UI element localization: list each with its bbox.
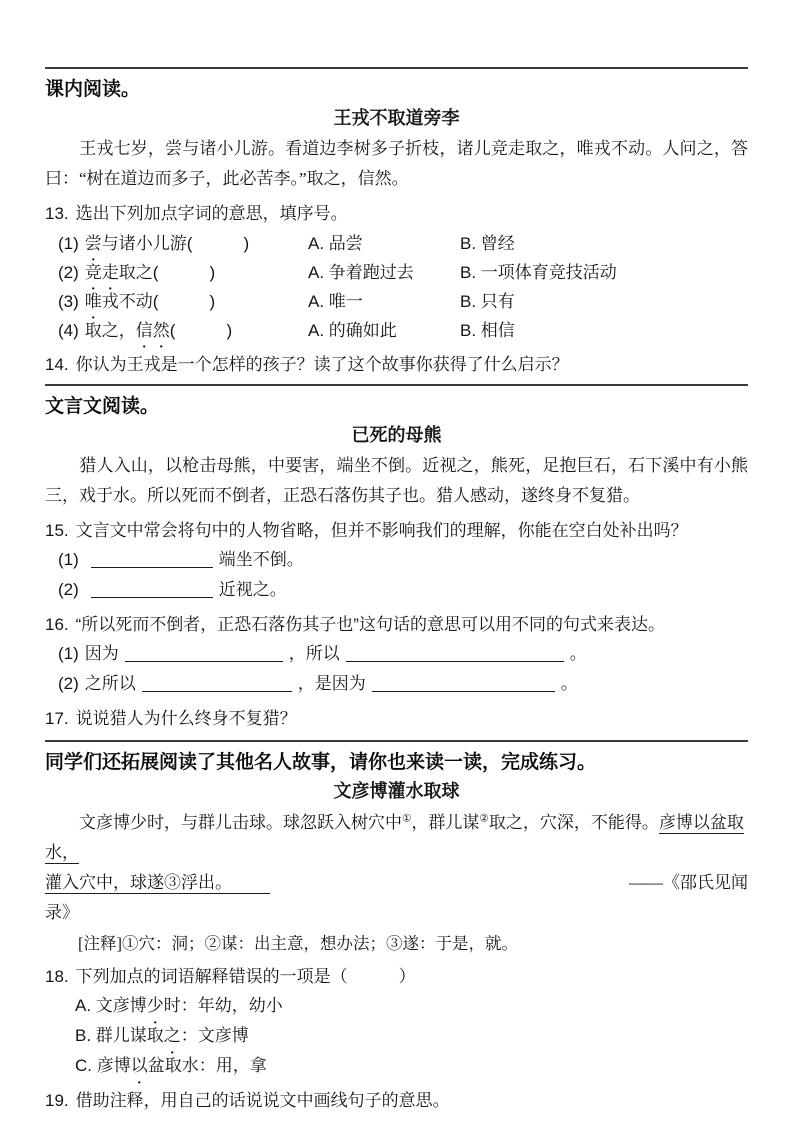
item-number: (4) xyxy=(58,321,79,340)
q13-match-items: (1)尝与诸小儿游( )A. 品尝B. 曾经(2)竞走取之( )A. 争着跑过去… xyxy=(58,229,748,345)
text-run: 文彦博少时，与群儿击球。球忽跃入树穴中 xyxy=(45,813,402,832)
choice-option: C. 彦博以盆取水：用，拿 xyxy=(75,1051,748,1081)
worksheet-page: 课内阅读。 王戎不取道旁李 王戎七岁，尝与诸小儿游。看道边李树多子折枝，诸儿竞走… xyxy=(0,0,793,1122)
item-number: (3) xyxy=(58,292,79,311)
question-17: 17.说说猎人为什么终身不复猎？ xyxy=(45,705,748,733)
note-ref: ① xyxy=(402,813,411,824)
emphasis-dotted-char: 走 xyxy=(102,258,119,287)
answer-blank xyxy=(372,673,555,692)
q15-fill-rows: (1)端坐不倒。(2)近视之。 xyxy=(58,545,748,605)
option-a: A. 的确如此 xyxy=(308,316,460,345)
passage-text: 王戎七岁，尝与诸小儿游。看道边李树多子折枝，诸儿竞走取之，唯戎不动。人问之，答曰… xyxy=(45,134,748,194)
question-18: 18.下列加点的词语解释错误的一项是（ ） xyxy=(45,963,748,991)
phrase-cell: (1)尝与诸小儿游( ) xyxy=(58,229,308,258)
question-prompt: “所以死而不倒者，正恐石落伤其子也”这句话的意思可以用不同的句式来表达。 xyxy=(76,615,665,634)
question-prompt: 文言文中常会将句中的人物省略，但并不影响我们的理解，你能在空白处补出吗？ xyxy=(76,521,688,540)
question-prompt: 你认为王戎是一个怎样的孩子？读了这个故事你获得了什么启示？ xyxy=(76,355,569,374)
question-number: 14. xyxy=(45,355,69,374)
emphasis-dotted-char: 然 xyxy=(153,316,170,345)
passage-line: 录》 xyxy=(45,898,748,928)
text-run: 戎不动 xyxy=(102,292,153,311)
section-divider xyxy=(45,740,748,742)
option-b: B. 只有 xyxy=(460,287,748,316)
text-run: 取之，穴深，不能得。 xyxy=(489,813,659,832)
text-run: 。 xyxy=(561,674,578,693)
underlined-text: 灌入穴中，球遂③浮出。 xyxy=(45,873,270,894)
answer-blank xyxy=(346,643,564,662)
section-divider-top xyxy=(45,67,748,69)
q18-choice-options: A. 文彦博少时：年幼，幼小B. 群儿谋取之：文彦博C. 彦博以盆取水：用，拿 xyxy=(75,991,748,1081)
question-number: 18. xyxy=(45,967,69,986)
phrase-cell: (2)竞走取之( ) xyxy=(58,258,308,287)
passage-line: 灌入穴中，球遂③浮出。——《邵氏见闻 xyxy=(45,868,748,898)
emphasis-dotted-char: 尝 xyxy=(85,229,102,258)
passage-line-text: 录》 xyxy=(45,898,79,928)
question-number: 16. xyxy=(45,615,69,634)
text-run: ，是因为 xyxy=(298,674,366,693)
match-item: (4)取之，信然( )A. 的确如此B. 相信 xyxy=(58,316,748,345)
text-run: 盆取水：用，拿 xyxy=(148,1056,267,1075)
section-in-class-reading: 课内阅读。 王戎不取道旁李 王戎七岁，尝与诸小儿游。看道边李树多子折枝，诸儿竞走… xyxy=(45,78,748,379)
question-16: 16.“所以死而不倒者，正恐石落伤其子也”这句话的意思可以用不同的句式来表达。 xyxy=(45,611,748,639)
fill-in-row: (1)因为，所以。 xyxy=(58,639,748,669)
phrase-cell: (4)取之，信然( ) xyxy=(58,316,308,345)
section-divider xyxy=(45,384,748,386)
fill-in-row: (2)之所以，是因为。 xyxy=(58,669,748,699)
text-run: 录》 xyxy=(45,903,79,922)
question-19: 19.借助注释，用自己的话说说文中画线句子的意思。 xyxy=(45,1087,748,1115)
worksheet-content: 课内阅读。 王戎不取道旁李 王戎七岁，尝与诸小儿游。看道边李树多子折枝，诸儿竞走… xyxy=(0,67,793,1122)
passage-line: 文彦博少时，与群儿击球。球忽跃入树穴中①，群儿谋②取之，穴深，不能得。彦博以盆取… xyxy=(45,808,748,868)
match-item: (2)竞走取之( )A. 争着跑过去B. 一项体育竞技活动 xyxy=(58,258,748,287)
text-run: 与诸小儿游 xyxy=(102,234,187,253)
text-run: 取之 xyxy=(119,263,153,282)
option-a: A. 唯一 xyxy=(308,287,460,316)
question-number: 13. xyxy=(45,204,69,223)
emphasis-dotted-char: 以 xyxy=(131,1051,148,1081)
passage-annotations: [注释]①穴：洞；②谋：出主意，想办法；③遂：于是，就。 xyxy=(45,930,748,957)
question-15: 15.文言文中常会将句中的人物省略，但并不影响我们的理解，你能在空白处补出吗？ xyxy=(45,517,748,545)
choice-option: B. 群儿谋取之：文彦博 xyxy=(75,1021,748,1051)
answer-bracket: ( ) xyxy=(153,263,215,282)
match-item: (3)唯戎不动( )A. 唯一B. 只有 xyxy=(58,287,748,316)
item-number: (2) xyxy=(58,580,79,599)
question-prompt: 下列加点的词语解释错误的一项是（ ） xyxy=(76,967,416,986)
passage-line-text: 灌入穴中，球遂③浮出。 xyxy=(45,868,270,898)
text-run: 取之， xyxy=(85,321,136,340)
question-13: 13.选出下列加点字词的意思，填序号。 xyxy=(45,200,748,228)
match-item: (1)尝与诸小儿游( )A. 品尝B. 曾经 xyxy=(58,229,748,258)
item-number: (2) xyxy=(58,674,79,693)
section-extended-reading: 同学们还拓展阅读了其他名人故事，请你也来读一读，完成练习。 文彦博灌水取球 文彦… xyxy=(45,751,748,1115)
source-attribution: ——《邵氏见闻 xyxy=(629,868,748,898)
text-run: 时：年幼，幼小 xyxy=(164,996,283,1015)
emphasis-dotted-char: 唯 xyxy=(85,287,102,316)
passage-text: 猎人入山，以枪击母熊，中要害，端坐不倒。近视之，熊死，足抱巨石，石下溪中有小熊三… xyxy=(45,451,748,511)
text-run: 端坐不倒。 xyxy=(219,550,304,569)
section-heading: 同学们还拓展阅读了其他名人故事，请你也来读一读，完成练习。 xyxy=(45,751,748,775)
option-a: A. 品尝 xyxy=(308,229,460,258)
text-run: 。 xyxy=(570,644,587,663)
emphasis-dotted-char: 信 xyxy=(136,316,153,345)
text-run: C. 彦博 xyxy=(75,1056,131,1075)
question-14: 14.你认为王戎是一个怎样的孩子？读了这个故事你获得了什么启示？ xyxy=(45,351,748,379)
answer-blank xyxy=(125,643,283,662)
text-run: ，所以 xyxy=(289,644,340,663)
item-number: (1) xyxy=(58,234,79,253)
question-prompt: 说说猎人为什么终身不复猎？ xyxy=(76,709,297,728)
emphasis-dotted-char: 之 xyxy=(164,1021,181,1051)
section-heading: 文言文阅读。 xyxy=(45,395,748,419)
emphasis-dotted-char: 少 xyxy=(147,991,164,1021)
note-ref: ② xyxy=(479,813,488,824)
fill-in-row: (1)端坐不倒。 xyxy=(58,545,748,575)
item-number: (1) xyxy=(58,644,79,663)
text-run: ：文彦博 xyxy=(181,1026,249,1045)
item-number: (1) xyxy=(58,550,79,569)
question-prompt: 借助注释，用自己的话说说文中画线句子的意思。 xyxy=(76,1091,450,1110)
section-classical-reading: 文言文阅读。 已死的母熊 猎人入山，以枪击母熊，中要害，端坐不倒。近视之，熊死，… xyxy=(45,395,748,733)
text-run: A. 文彦博 xyxy=(75,996,147,1015)
text-run: 因为 xyxy=(85,644,119,663)
answer-blank xyxy=(91,549,213,568)
choice-option: A. 文彦博少时：年幼，幼小 xyxy=(75,991,748,1021)
question-number: 15. xyxy=(45,521,69,540)
option-a: A. 争着跑过去 xyxy=(308,258,460,287)
fill-in-row: (2)近视之。 xyxy=(58,575,748,605)
answer-bracket: ( ) xyxy=(153,292,215,311)
answer-bracket: ( ) xyxy=(187,234,249,253)
option-b: B. 一项体育竞技活动 xyxy=(460,258,748,287)
text-run: 之所以 xyxy=(85,674,136,693)
option-b: B. 曾经 xyxy=(460,229,748,258)
option-b: B. 相信 xyxy=(460,316,748,345)
passage-title: 已死的母熊 xyxy=(45,423,748,448)
question-number: 17. xyxy=(45,709,69,728)
phrase-cell: (3)唯戎不动( ) xyxy=(58,287,308,316)
text-run: B. 群儿谋取 xyxy=(75,1026,164,1045)
answer-blank xyxy=(142,673,292,692)
answer-bracket: ( ) xyxy=(170,321,232,340)
section-heading: 课内阅读。 xyxy=(45,78,748,102)
passage-text: 文彦博少时，与群儿击球。球忽跃入树穴中①，群儿谋②取之，穴深，不能得。彦博以盆取… xyxy=(45,808,748,928)
text-run: ，群儿谋 xyxy=(411,813,479,832)
passage-line-text: 文彦博少时，与群儿击球。球忽跃入树穴中①，群儿谋②取之，穴深，不能得。彦博以盆取… xyxy=(45,808,748,868)
text-run: 近视之。 xyxy=(219,580,287,599)
passage-title: 文彦博灌水取球 xyxy=(45,779,748,804)
item-number: (2) xyxy=(58,263,79,282)
question-number: 19. xyxy=(45,1091,69,1110)
emphasis-dotted-char: 竞 xyxy=(85,258,102,287)
question-prompt: 选出下列加点字词的意思，填序号。 xyxy=(76,204,348,223)
answer-blank xyxy=(91,579,213,598)
passage-title: 王戎不取道旁李 xyxy=(45,106,748,131)
q16-fill-rows: (1)因为，所以。(2)之所以，是因为。 xyxy=(58,639,748,699)
